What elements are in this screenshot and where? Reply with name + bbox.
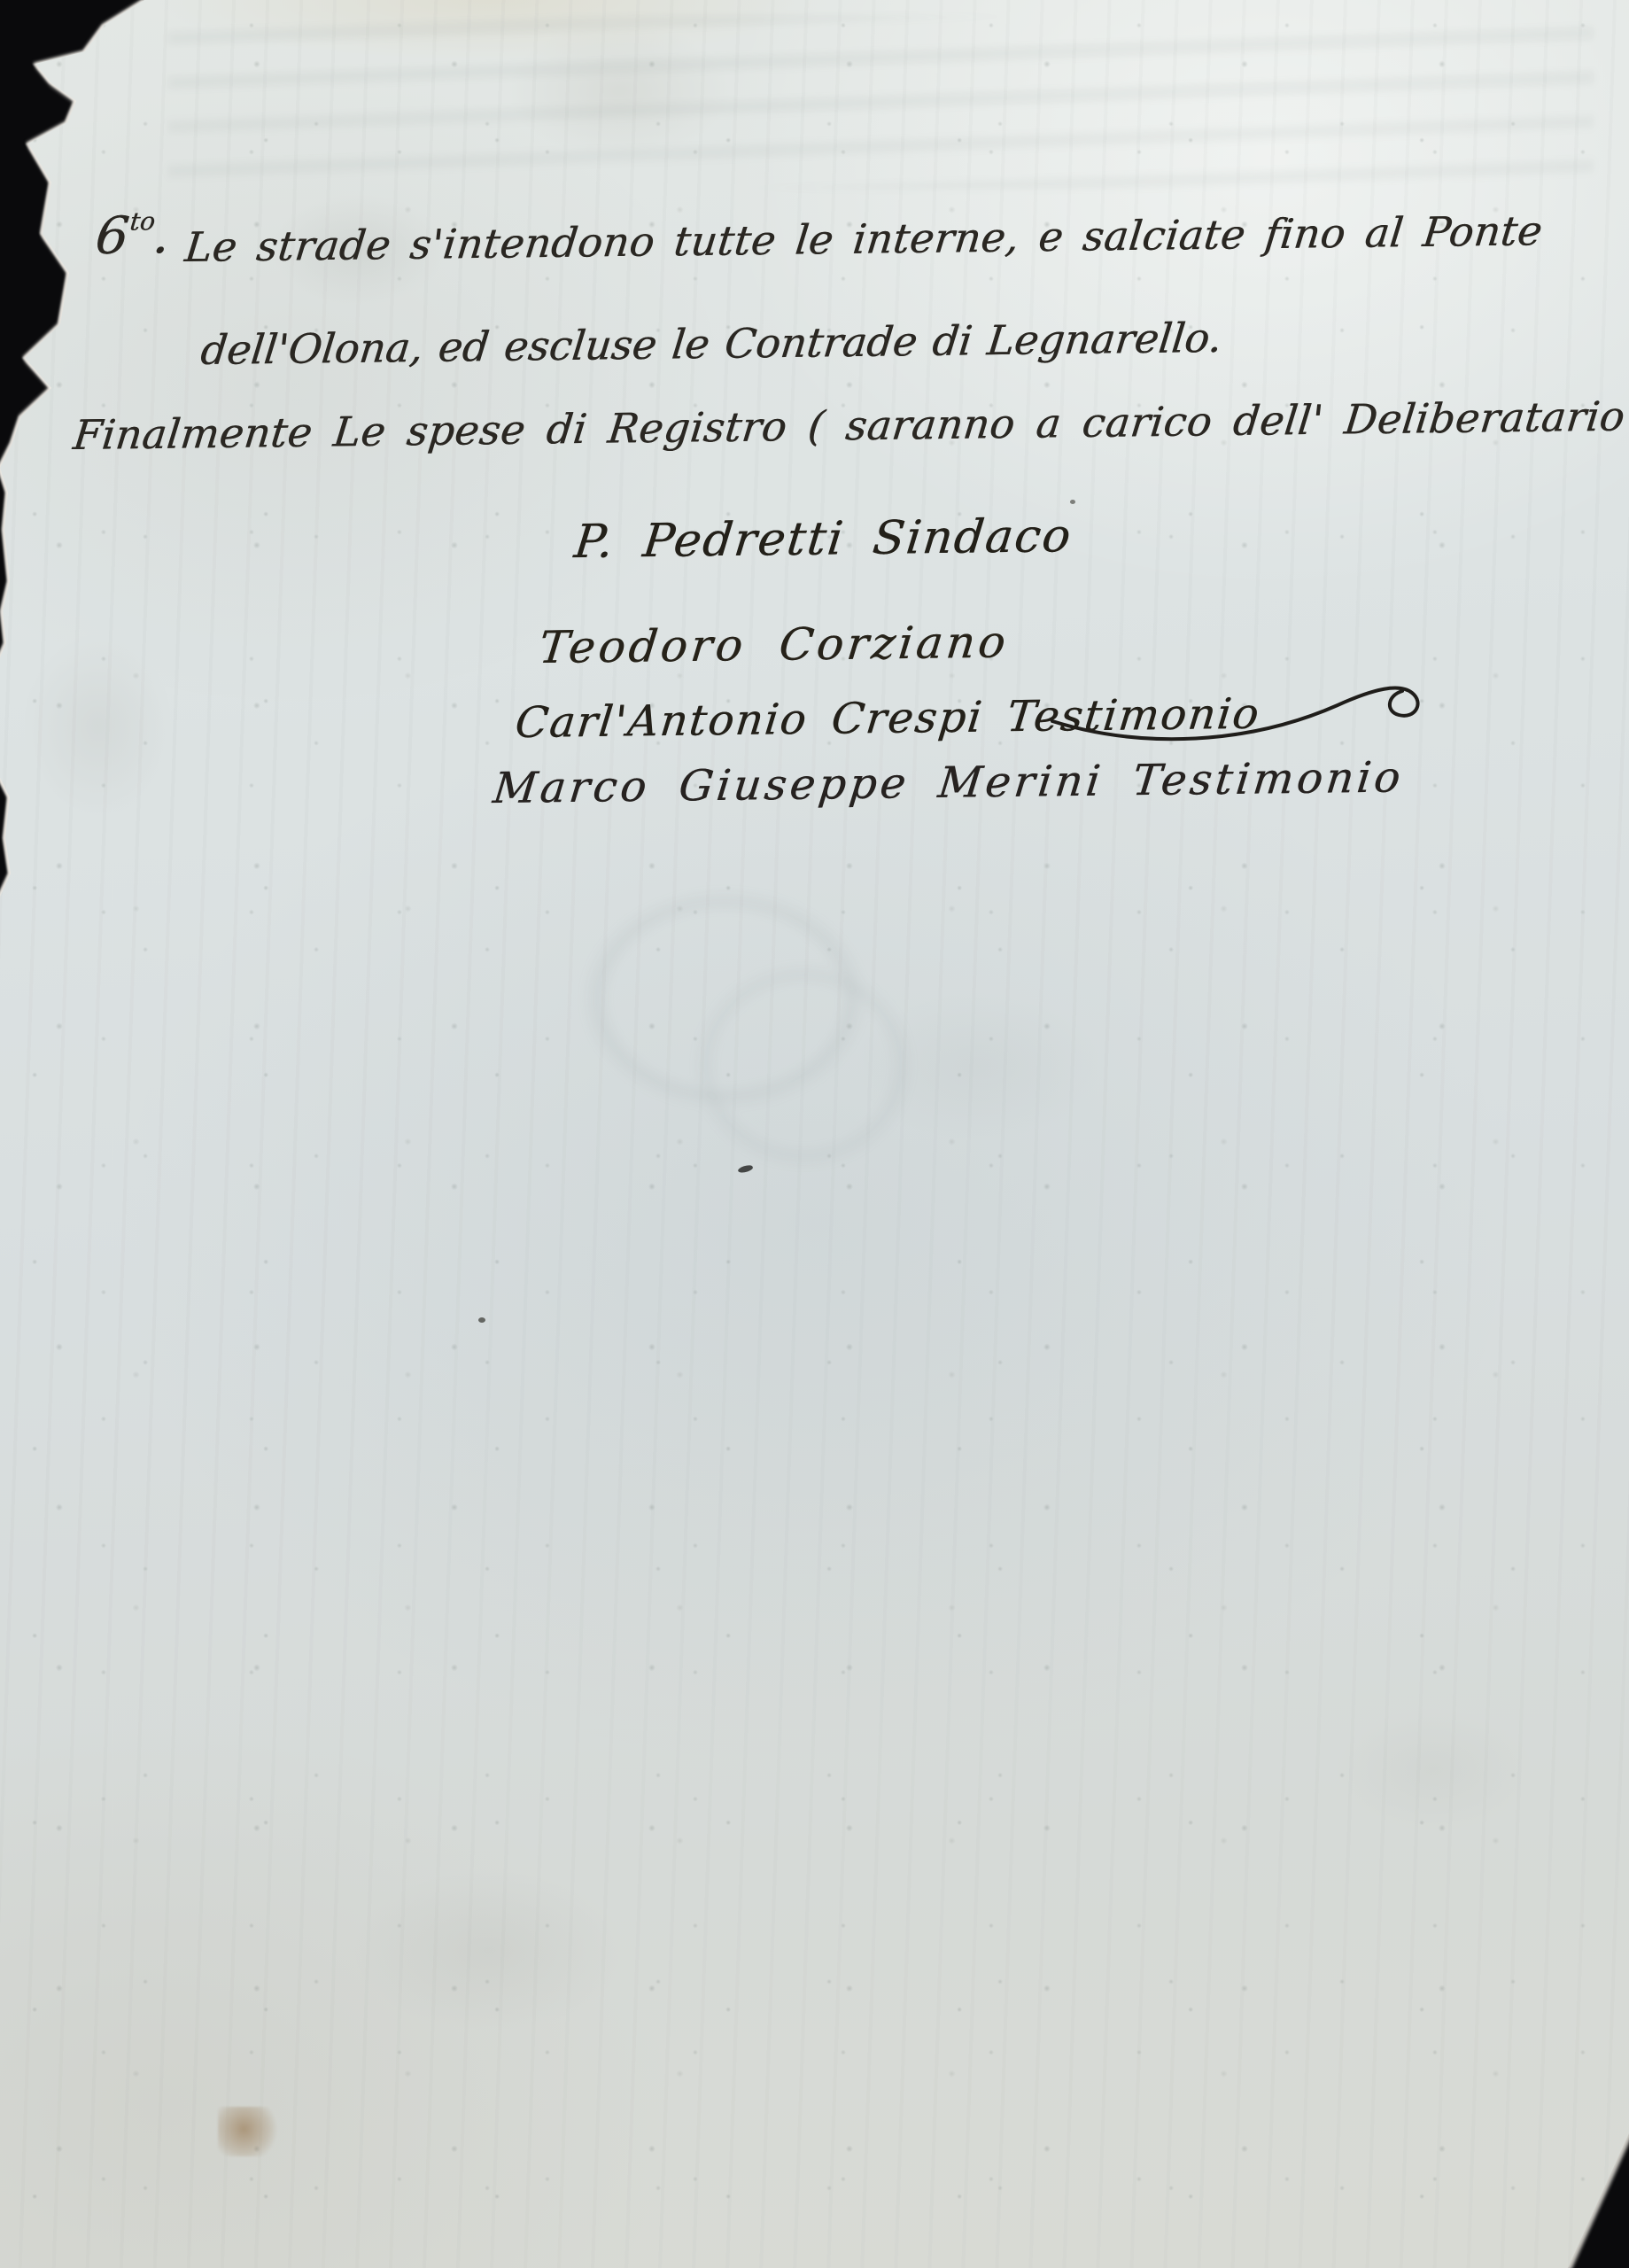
signature-witness-1: Teodoro Corziano xyxy=(537,617,1012,674)
signature-witness-2: Carl'Antonio Crespi Testimonio xyxy=(513,689,1263,748)
signature-sindaco: P. Pedretti Sindaco xyxy=(571,509,1074,569)
clause-number: 6to. xyxy=(92,205,173,266)
paper-sheet: 6to. Le strade s'intendono tutte le inte… xyxy=(0,0,1629,2268)
ink-bleed-through xyxy=(168,16,1594,189)
scanned-manuscript-page: 6to. Le strade s'intendono tutte le inte… xyxy=(0,0,1629,2268)
clause-number-base: 6 xyxy=(92,206,131,267)
stain xyxy=(218,2107,280,2156)
paper-edge-rim: 6to. Le strade s'intendono tutte le inte… xyxy=(0,0,1629,2268)
ink-speck xyxy=(1070,500,1075,504)
ink-speck xyxy=(478,1317,485,1323)
clause-number-superscript: to xyxy=(128,206,157,236)
watermark-ghost xyxy=(496,824,992,1240)
